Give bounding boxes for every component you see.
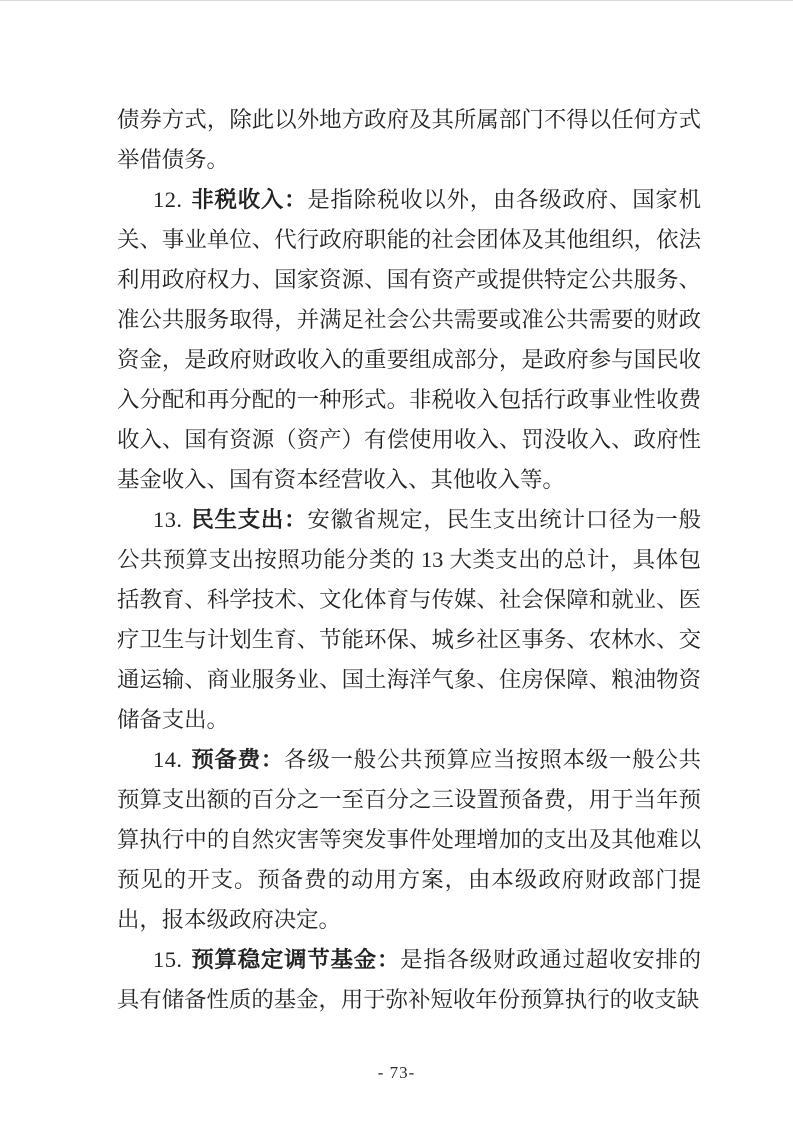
item-number: 15.: [153, 947, 183, 972]
paragraph-text: 债券方式，除此以外地方政府及其所属部门不得以任何方式举借债务。: [117, 107, 701, 172]
definition-paragraph: 12.非税收入：是指除税收以外，由各级政府、国家机关、事业单位、代行政府职能的社…: [117, 180, 701, 500]
item-number: 13.: [153, 507, 183, 532]
definition-paragraph: 15.预算稳定调节基金：是指各级财政通过超收安排的具有储备性质的基金，用于弥补短…: [117, 940, 701, 1020]
page-top-edge: [0, 0, 793, 1]
item-term: 民生支出：: [191, 507, 308, 532]
item-text: 各级一般公共预算应当按照本级一般公共预算支出额的百分之一至百分之三设置预备费，用…: [117, 747, 701, 932]
item-term: 预备费：: [191, 747, 285, 772]
document-body: 债券方式，除此以外地方政府及其所属部门不得以任何方式举借债务。12.非税收入：是…: [117, 100, 701, 1020]
page-number: - 73-: [0, 1060, 793, 1086]
definition-paragraph: 14.预备费：各级一般公共预算应当按照本级一般公共预算支出额的百分之一至百分之三…: [117, 740, 701, 940]
definition-paragraph: 13.民生支出：安徽省规定，民生支出统计口径为一般公共预算支出按照功能分类的 1…: [117, 500, 701, 740]
item-term: 预算稳定调节基金：: [191, 947, 401, 972]
document-page: 债券方式，除此以外地方政府及其所属部门不得以任何方式举借债务。12.非税收入：是…: [0, 0, 793, 1122]
item-term: 非税收入：: [191, 187, 308, 212]
item-number: 14.: [153, 747, 183, 772]
item-number: 12.: [153, 187, 183, 212]
item-text: 安徽省规定，民生支出统计口径为一般公共预算支出按照功能分类的 13 大类支出的总…: [117, 507, 701, 732]
item-text: 是指除税收以外，由各级政府、国家机关、事业单位、代行政府职能的社会团体及其他组织…: [117, 187, 701, 492]
continuation-paragraph: 债券方式，除此以外地方政府及其所属部门不得以任何方式举借债务。: [117, 100, 701, 180]
